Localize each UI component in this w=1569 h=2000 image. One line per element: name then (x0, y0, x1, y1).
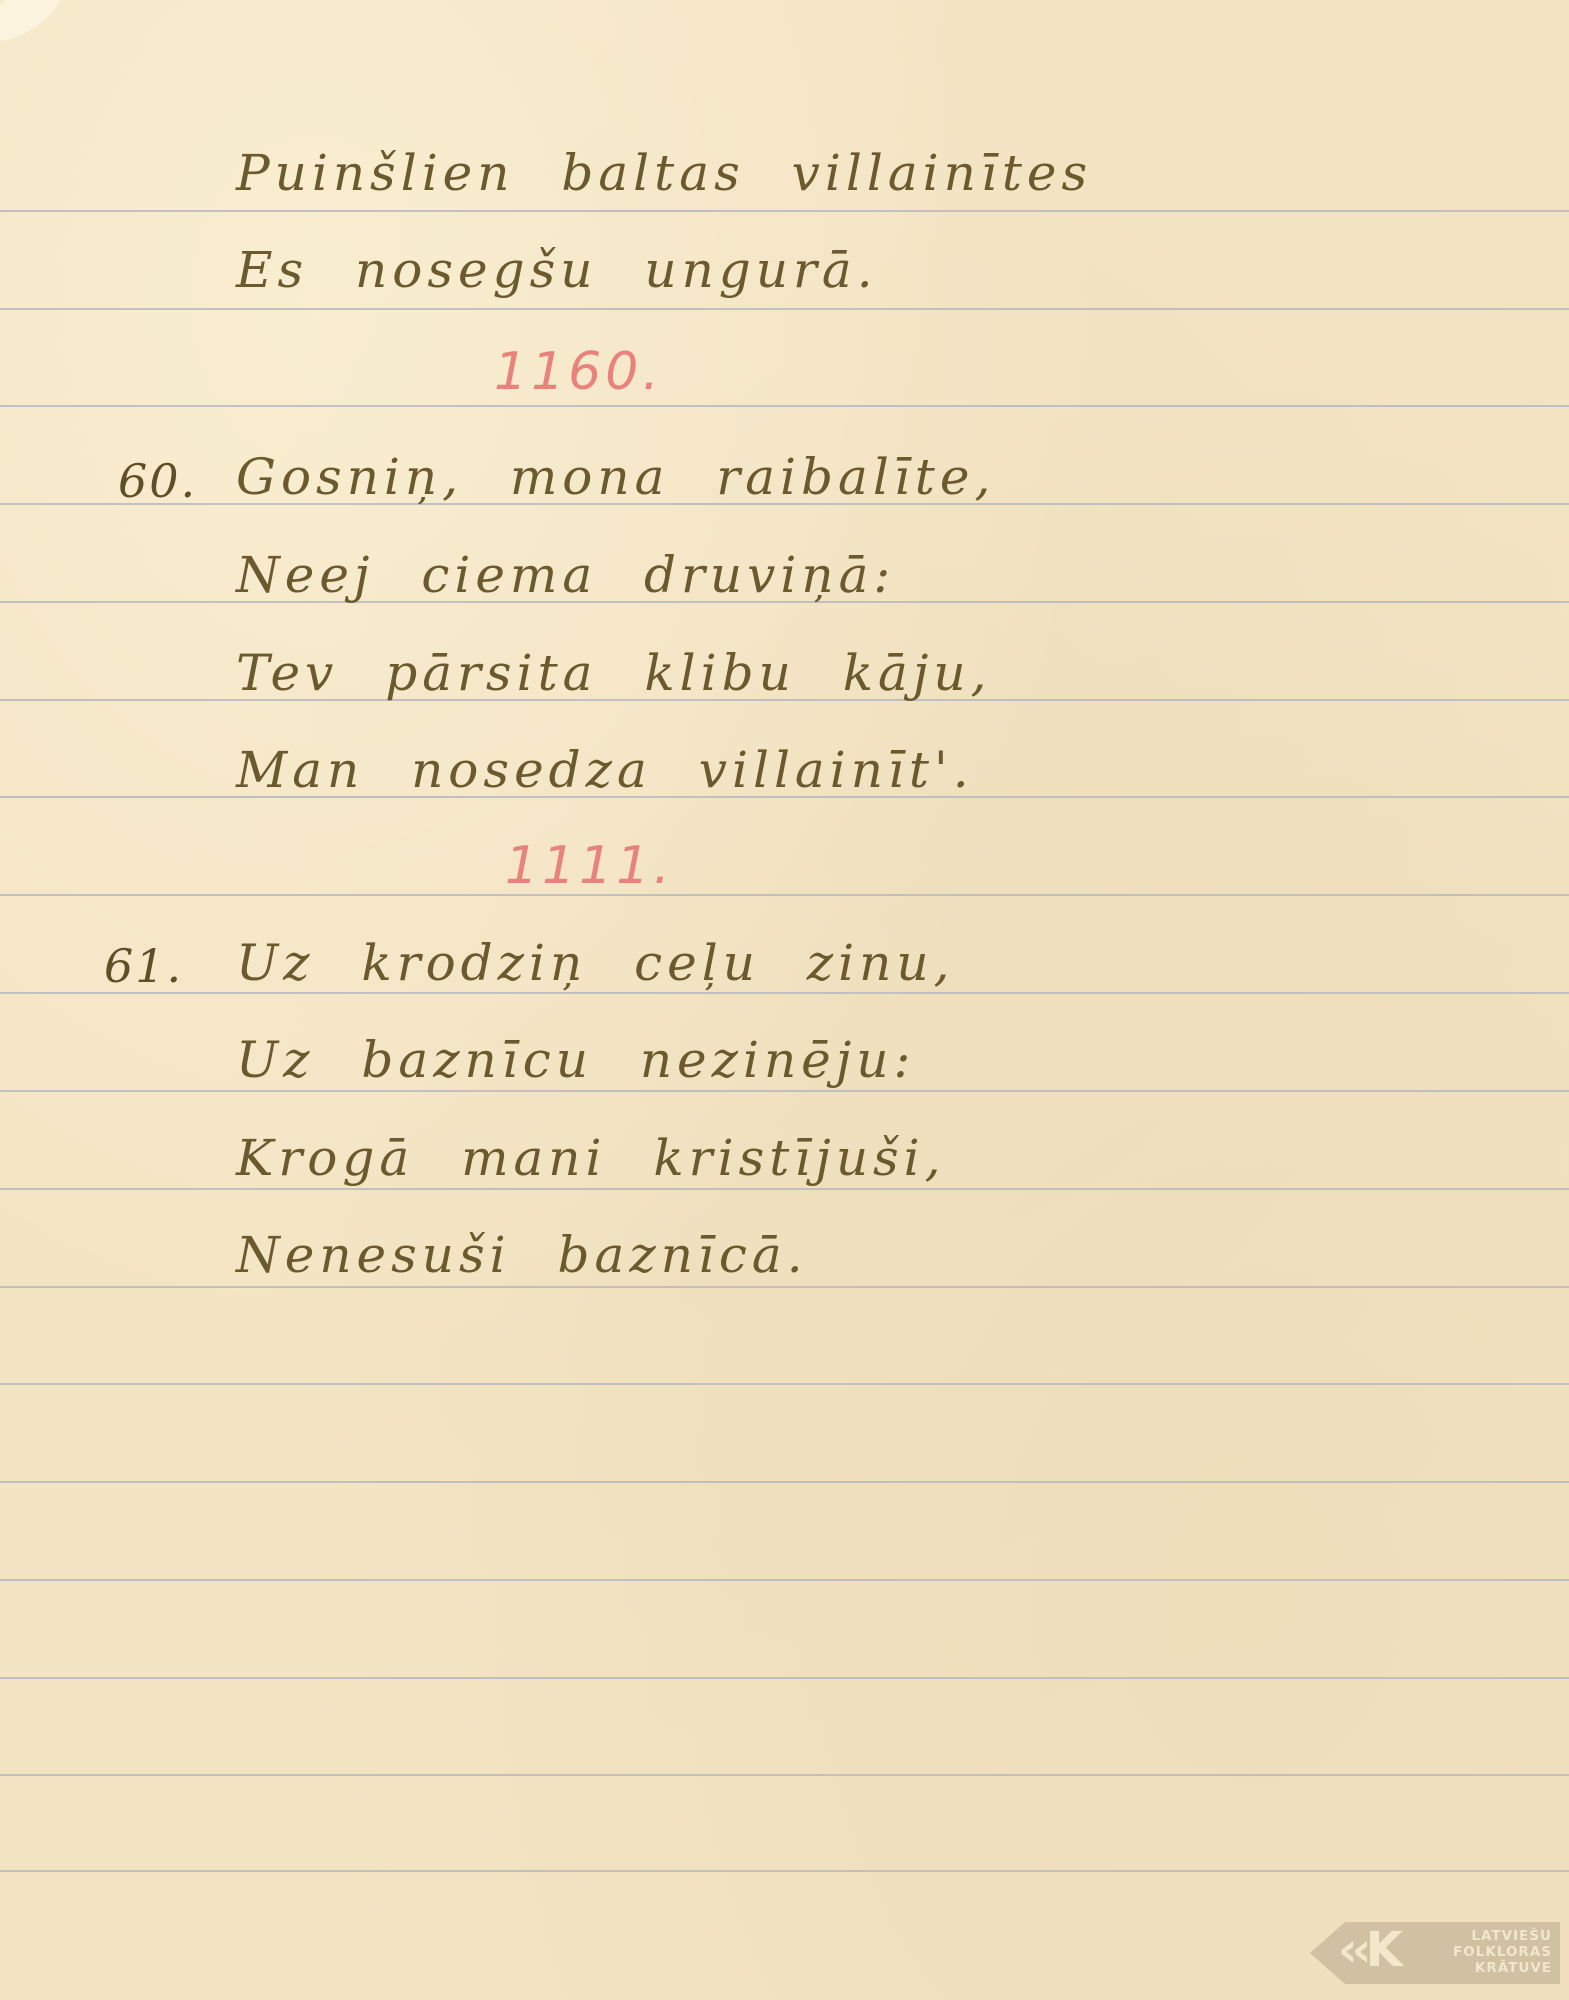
archive-logo: ‹‹K LATVIEŠU FOLKLORAS KRĀTUVE (1310, 1922, 1560, 1984)
ruled-line (0, 1481, 1569, 1483)
continuation-line-2: Es nosegšu ungurā. (236, 245, 878, 295)
ruled-line (0, 1286, 1569, 1288)
ruled-line (0, 210, 1569, 212)
ruled-line (0, 1579, 1569, 1581)
ruled-line (0, 1774, 1569, 1776)
logo-wordmark: LATVIEŠU FOLKLORAS KRĀTUVE (1453, 1928, 1552, 1976)
logo-line-1: LATVIEŠU (1453, 1928, 1552, 1944)
song-60-line-3: Tev pārsita klibu kāju, (236, 648, 991, 698)
song-61-line-4: Nenesuši baznīcā. (236, 1230, 808, 1280)
logo-mark-icon: ‹‹K (1338, 1926, 1397, 1974)
continuation-line-1: Puinšlien baltas villainītes (236, 148, 1092, 198)
song-61-line-2: Uz baznīcu nezinēju: (236, 1035, 915, 1085)
ruled-line (0, 992, 1569, 994)
logo-line-2: FOLKLORAS (1453, 1944, 1552, 1960)
ruled-line (0, 894, 1569, 896)
paper-corner-crease (0, 0, 73, 52)
ruled-line (0, 1188, 1569, 1190)
ruled-line (0, 1383, 1569, 1385)
ruled-line (0, 1677, 1569, 1679)
ruled-line (0, 1090, 1569, 1092)
song-61-line-3: Krogā mani kristījuši, (236, 1133, 946, 1183)
logo-line-3: KRĀTUVE (1453, 1960, 1552, 1976)
song-item-number: 61. (104, 943, 183, 989)
ruled-line (0, 1870, 1569, 1872)
archive-reference-number: 1160. (494, 346, 663, 398)
archive-reference-number: 1111. (505, 840, 674, 892)
ruled-line (0, 405, 1569, 407)
song-60-line-4: Man nosedza villainīt'. (236, 745, 974, 795)
song-60-line-1: Gosniņ, mona raibalīte, (236, 452, 995, 502)
manuscript-page: Puinšlien baltas villainītes Es nosegšu … (0, 0, 1569, 2000)
ruled-line (0, 308, 1569, 310)
song-60-line-2: Neej ciema druviņā: (236, 550, 895, 600)
song-61-line-1: Uz krodziņ ceļu zinu, (236, 938, 954, 988)
song-item-number: 60. (118, 458, 197, 504)
